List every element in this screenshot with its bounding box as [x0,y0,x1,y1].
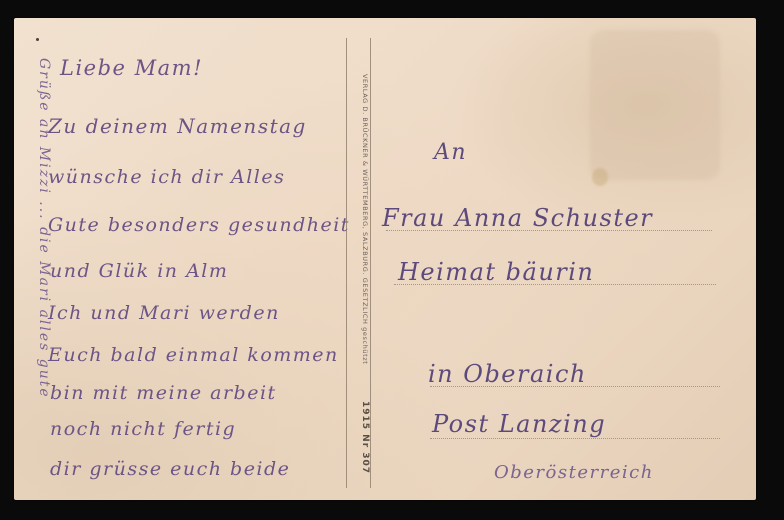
address-prefix: An [434,140,467,165]
publisher-imprint-year: 1915 Nr 307 [360,401,370,474]
address-recipient: Frau Anna Schuster [382,204,653,232]
address-locality: in Oberaich [428,360,587,388]
paper-stain [592,168,608,186]
message-line-8: noch nicht fertig [50,418,236,440]
center-divider-right [370,38,371,488]
message-line-4: und Glük in Alm [50,260,228,282]
stamp-ghost-mark [590,30,720,180]
address-line-1 [386,230,712,231]
postcard: Grüße an Mizzi ... die Mari alles gute L… [14,18,756,500]
publisher-imprint: VERLAG D. BRÜCKNER & WÜRTTEMBERG, SALZBU… [358,74,370,494]
publisher-imprint-text: VERLAG D. BRÜCKNER & WÜRTTEMBERG, SALZBU… [361,74,369,364]
address-line-2 [394,284,716,285]
address-region: Oberösterreich [494,462,654,483]
message-line-2: wünsche ich dir Alles [48,166,285,188]
ink-dot [36,38,39,41]
message-line-5: Ich und Mari werden [48,302,280,324]
message-line-3: Gute besonders gesundheit [48,214,350,236]
scan-background: Grüße an Mizzi ... die Mari alles gute L… [0,0,784,520]
message-line-1: Zu deinem Namenstag [48,114,307,138]
address-line-3 [430,386,720,387]
center-divider-left [346,38,347,488]
message-salutation: Liebe Mam! [60,56,203,80]
message-line-7: bin mit meine arbeit [50,382,277,404]
message-line-6: Euch bald einmal kommen [48,344,339,366]
address-title: Heimat bäurin [398,258,594,286]
message-line-9: dir grüsse euch beide [50,458,290,480]
address-line-4 [430,438,720,439]
address-post-office: Post Lanzing [432,410,606,438]
